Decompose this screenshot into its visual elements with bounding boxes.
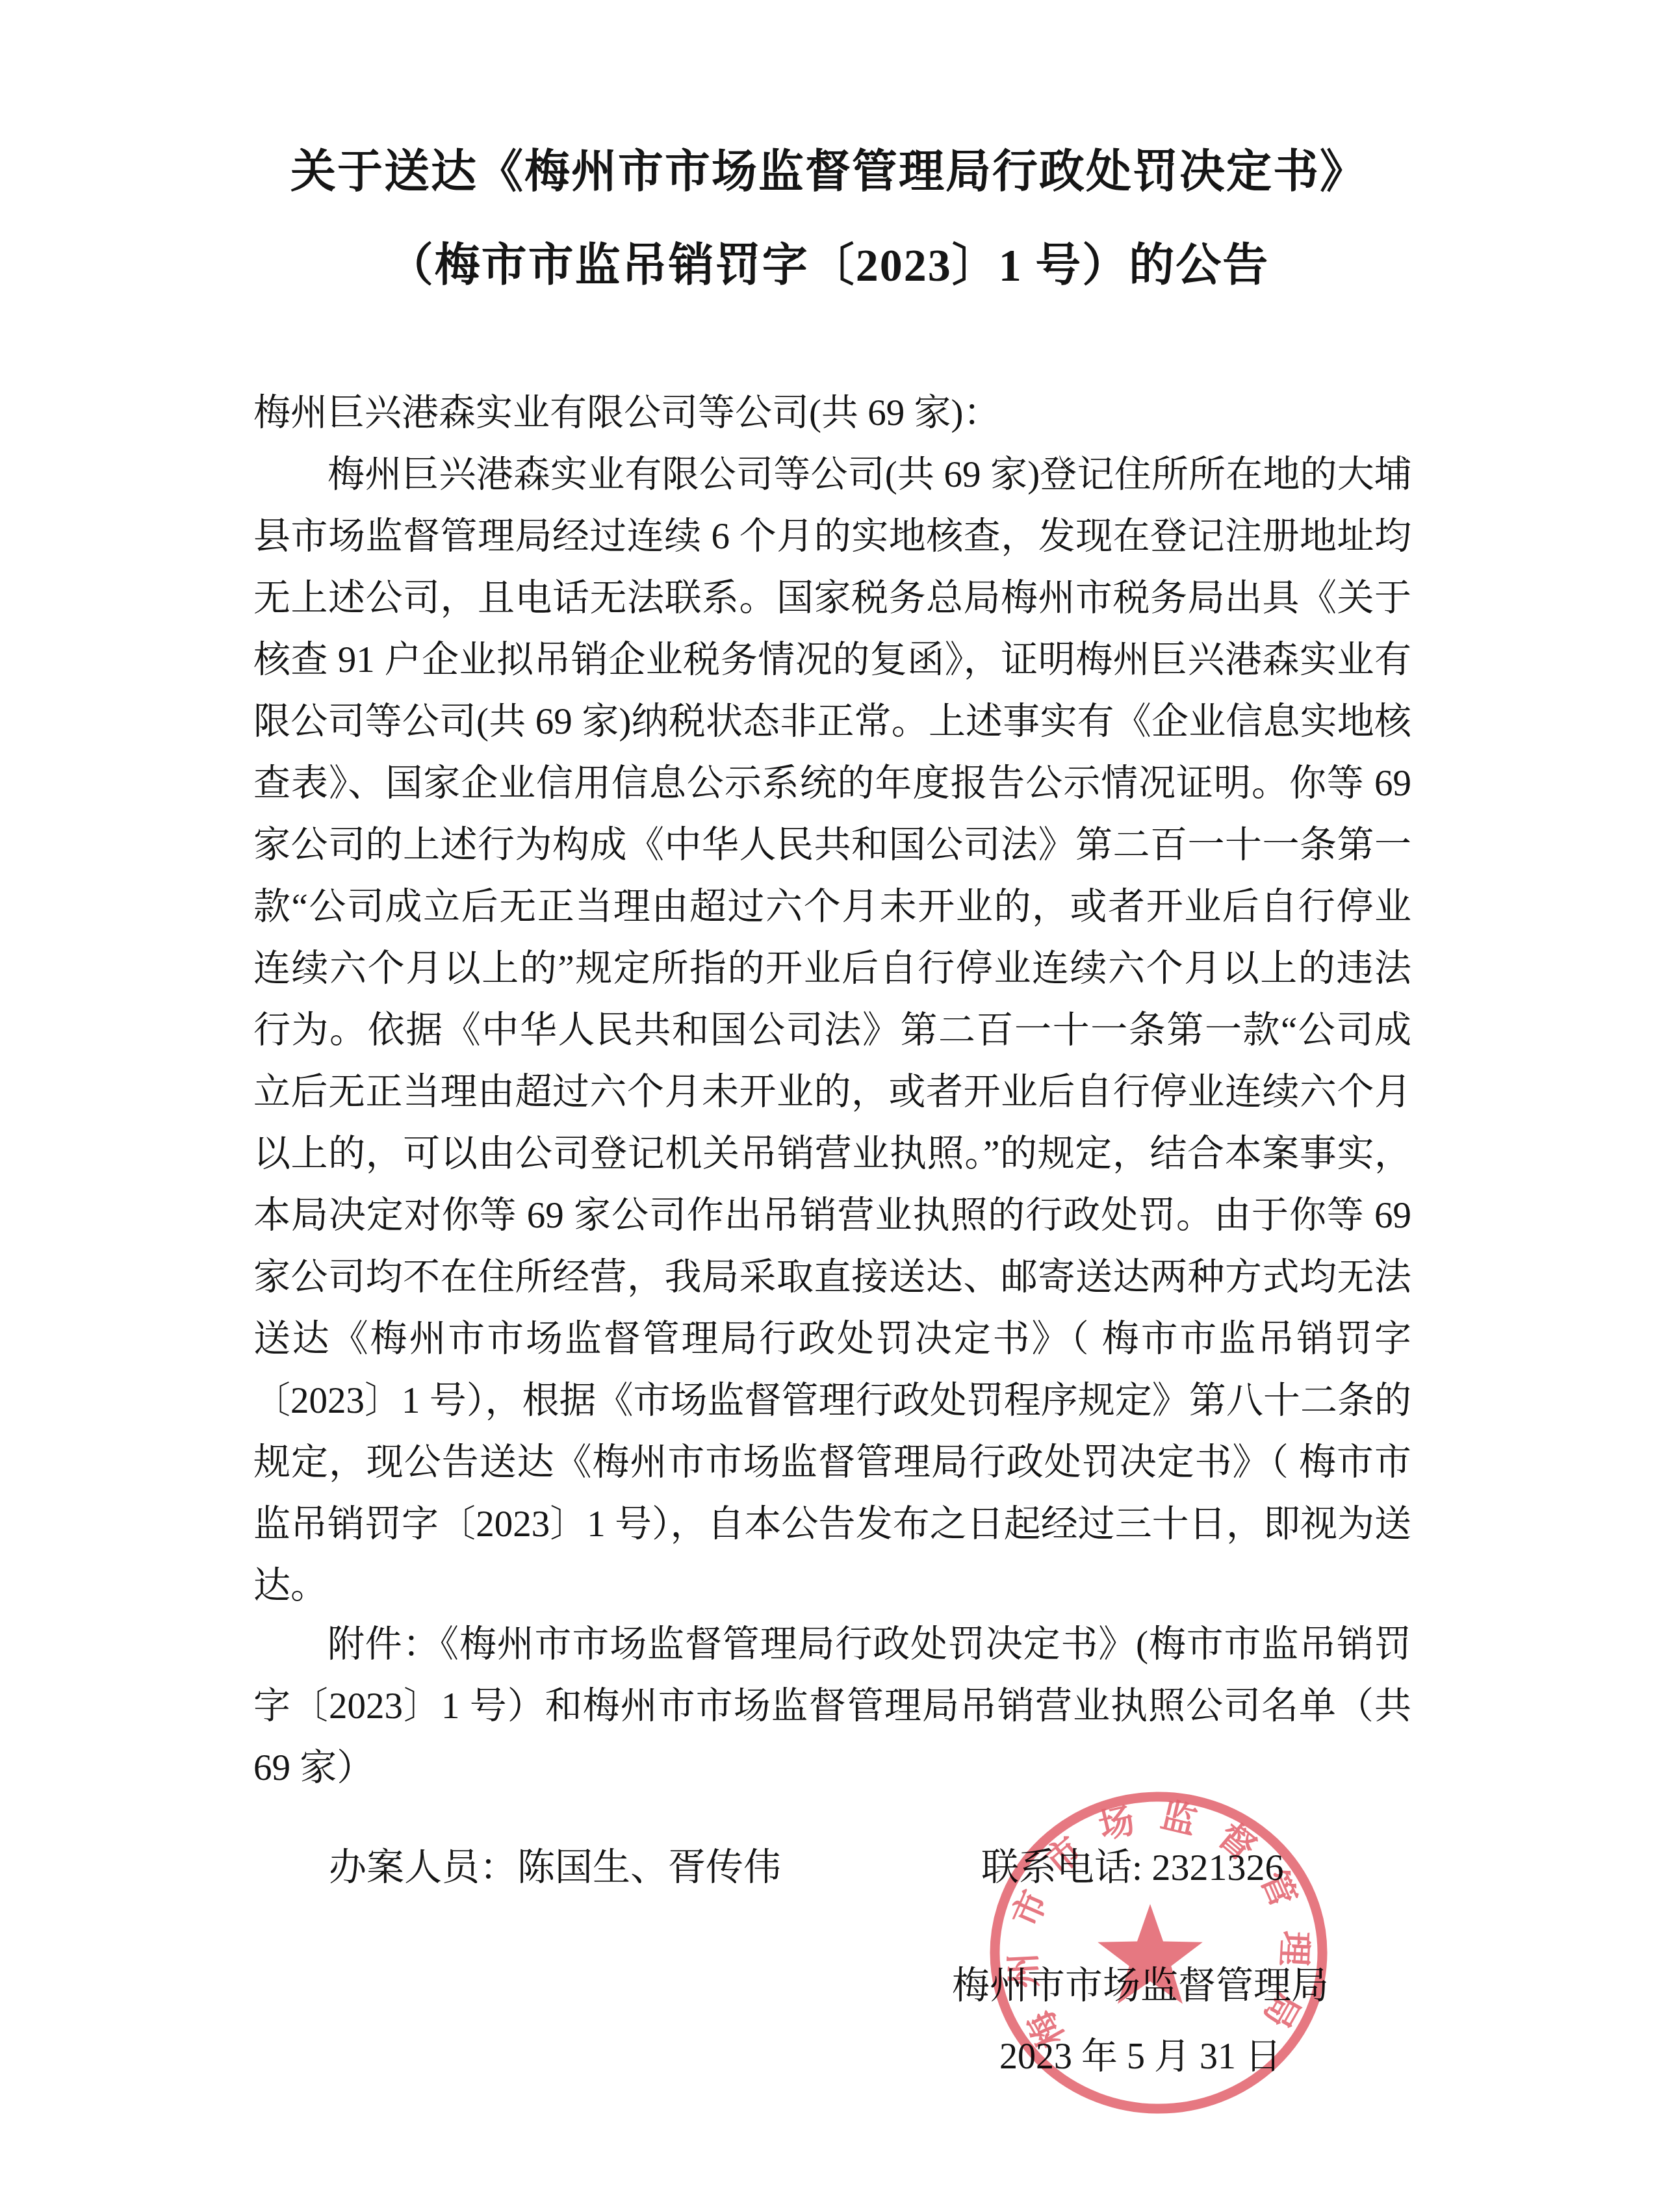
seal-arc-textpath: 梅州市市场监督管理局 bbox=[1003, 1795, 1315, 2053]
announcement-document: 关于送达《梅州市市场监督管理局行政处罚决定书》 （梅市市监吊销罚字〔2023〕1… bbox=[0, 0, 1657, 2212]
main-paragraph: 梅州巨兴港森实业有限公司等公司(共 69 家)登记住所所在地的大埔县市场监督管理… bbox=[253, 444, 1411, 1617]
salutation-line: 梅州巨兴港森实业有限公司等公司(共 69 家)： bbox=[253, 382, 1411, 444]
doc-title-line1: 关于送达《梅州市市场监督管理局行政处罚决定书》 bbox=[0, 135, 1657, 201]
attachment-paragraph: 附件：《梅州市市场监督管理局行政处罚决定书》(梅市市监吊销罚字〔2023〕1 号… bbox=[253, 1614, 1411, 1799]
doc-title-line2: （梅市市监吊销罚字〔2023〕1 号）的公告 bbox=[0, 229, 1657, 294]
issuer-name-line: 梅州市市场监督管理局 bbox=[942, 1955, 1339, 2009]
official-seal-stamp: 梅州市市场监督管理局 bbox=[964, 1758, 1354, 2148]
issue-date-line: 2023 年 5 月 31 日 bbox=[942, 2027, 1339, 2079]
attachment-block: 附件：《梅州市市场监督管理局行政处罚决定书》(梅市市监吊销罚字〔2023〕1 号… bbox=[253, 1614, 1411, 1799]
body-text: 梅州巨兴港森实业有限公司等公司(共 69 家)： 梅州巨兴港森实业有限公司等公司… bbox=[253, 382, 1411, 1617]
seal-arc-text: 梅州市市场监督管理局 bbox=[1003, 1795, 1315, 2053]
case-officers-line: 办案人员：陈国生、胥传伟 bbox=[329, 1836, 781, 1891]
contact-phone-line: 联系电话: 2321326 bbox=[981, 1836, 1284, 1891]
